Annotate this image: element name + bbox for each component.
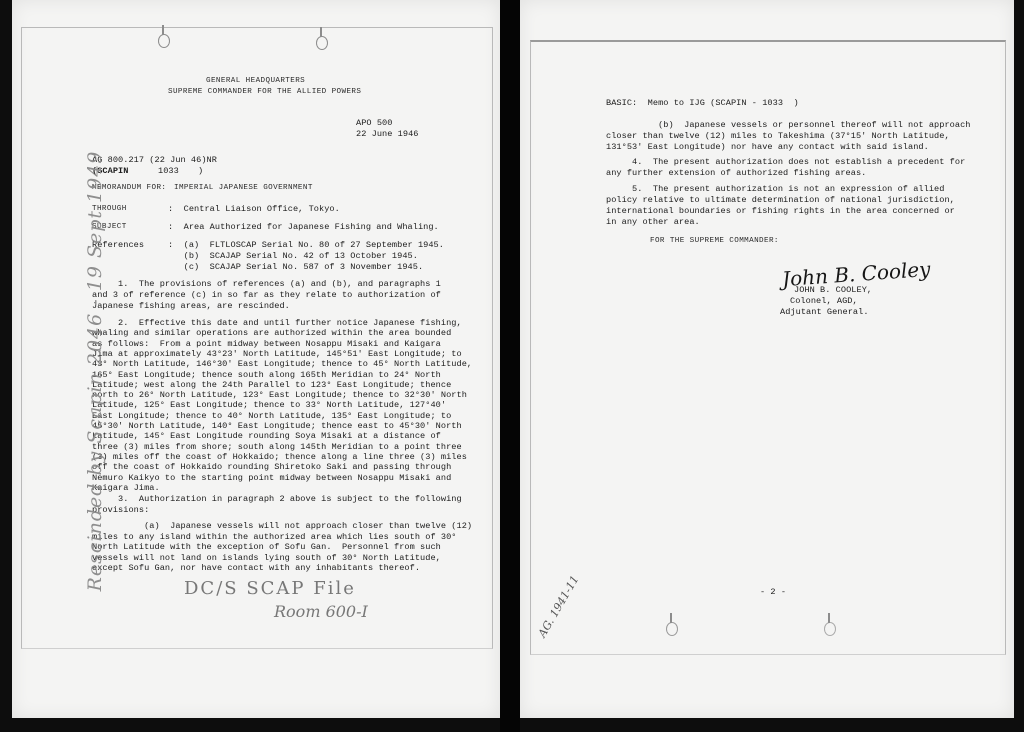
handwritten-file-note-2: Room 600-I [274, 602, 368, 621]
paragraph-line: 1. The provisions of references (a) and … [92, 279, 441, 290]
letterhead-line-1: GENERAL HEADQUARTERS [206, 76, 305, 87]
binder-hole-icon [316, 36, 328, 50]
paragraph-line: vessels will not land on islands lying s… [92, 553, 441, 564]
closing-line: FOR THE SUPREME COMMANDER: [650, 236, 779, 247]
paragraph-line: 4. The present authorization does not es… [606, 157, 965, 168]
paragraph-line: in any other area. [606, 217, 700, 228]
handwritten-rescinded-note: Rescinded by Scapin 2046 - 19 Sept 1949 [84, 136, 106, 606]
paragraph-line: except Sofu Gan, nor have contact with a… [92, 563, 420, 574]
paragraph-line: 5. The present authorization is not an e… [606, 184, 944, 195]
binder-hole-icon [824, 622, 836, 636]
subject-value: : Area Authorized for Japanese Fishing a… [168, 222, 439, 233]
binder-hole-icon [666, 622, 678, 636]
binder-hole-icon [158, 34, 170, 48]
handwritten-file-note-1: DC/S SCAP File [184, 578, 356, 599]
paragraph-line: miles to any island within the authorize… [92, 532, 457, 543]
signer-name: JOHN B. COOLEY, [794, 285, 872, 296]
memo-date: 22 June 1946 [356, 129, 419, 140]
document-page-2: BASIC: Memo to IJG (SCAPIN - 1033 ) (b) … [520, 0, 1014, 718]
signer-rank: Colonel, AGD, [790, 296, 858, 307]
paragraph-line: and 3 of reference (c) in so far as they… [92, 290, 441, 301]
document-page-1: GENERAL HEADQUARTERS SUPREME COMMANDER F… [12, 0, 500, 718]
page-number: - 2 - [760, 587, 786, 598]
paragraph-line: Japanese fishing areas, are rescinded. [92, 301, 290, 312]
page-gutter [500, 0, 520, 732]
letterhead-line-2: SUPREME COMMANDER FOR THE ALLIED POWERS [168, 87, 361, 98]
reference-a: : (a) FLTLOSCAP Serial No. 80 of 27 Sept… [168, 240, 444, 251]
reference-c: (c) SCAJAP Serial No. 587 of 3 November … [168, 262, 423, 273]
paragraph-line: (b) Japanese vessels or personnel thereo… [606, 120, 971, 131]
paragraph-line: 3. Authorization in paragraph 2 above is… [92, 494, 462, 505]
paragraph-line: international boundaries or fishing righ… [606, 206, 955, 217]
signer-title: Adjutant General. [780, 307, 869, 318]
memo-recipient: IMPERIAL JAPANESE GOVERNMENT [174, 183, 313, 194]
paragraph-line: closer than twelve (12) miles to Takeshi… [606, 131, 950, 142]
scapin-close: ) [198, 166, 203, 177]
apo-number: APO 500 [356, 118, 392, 129]
file-reference: AG 800.217 (22 Jun 46)NR [92, 155, 217, 166]
scapin-number: 1033 [158, 166, 179, 177]
paragraph-line: policy relative to ultimate determinatio… [606, 195, 955, 206]
basic-reference-line: BASIC: Memo to IJG (SCAPIN - 1033 ) [606, 98, 799, 109]
paragraph-line: 131°53' East Longitude) nor have any con… [606, 142, 929, 153]
paragraph-line: (a) Japanese vessels will not approach c… [92, 521, 472, 532]
paragraph-line: any further extension of authorized fish… [606, 168, 866, 179]
paragraph-line: North Latitude with the exception of Sof… [92, 542, 441, 553]
through-value: : Central Liaison Office, Tokyo. [168, 204, 340, 215]
reference-b: (b) SCAJAP Serial No. 42 of 13 October 1… [168, 251, 418, 262]
